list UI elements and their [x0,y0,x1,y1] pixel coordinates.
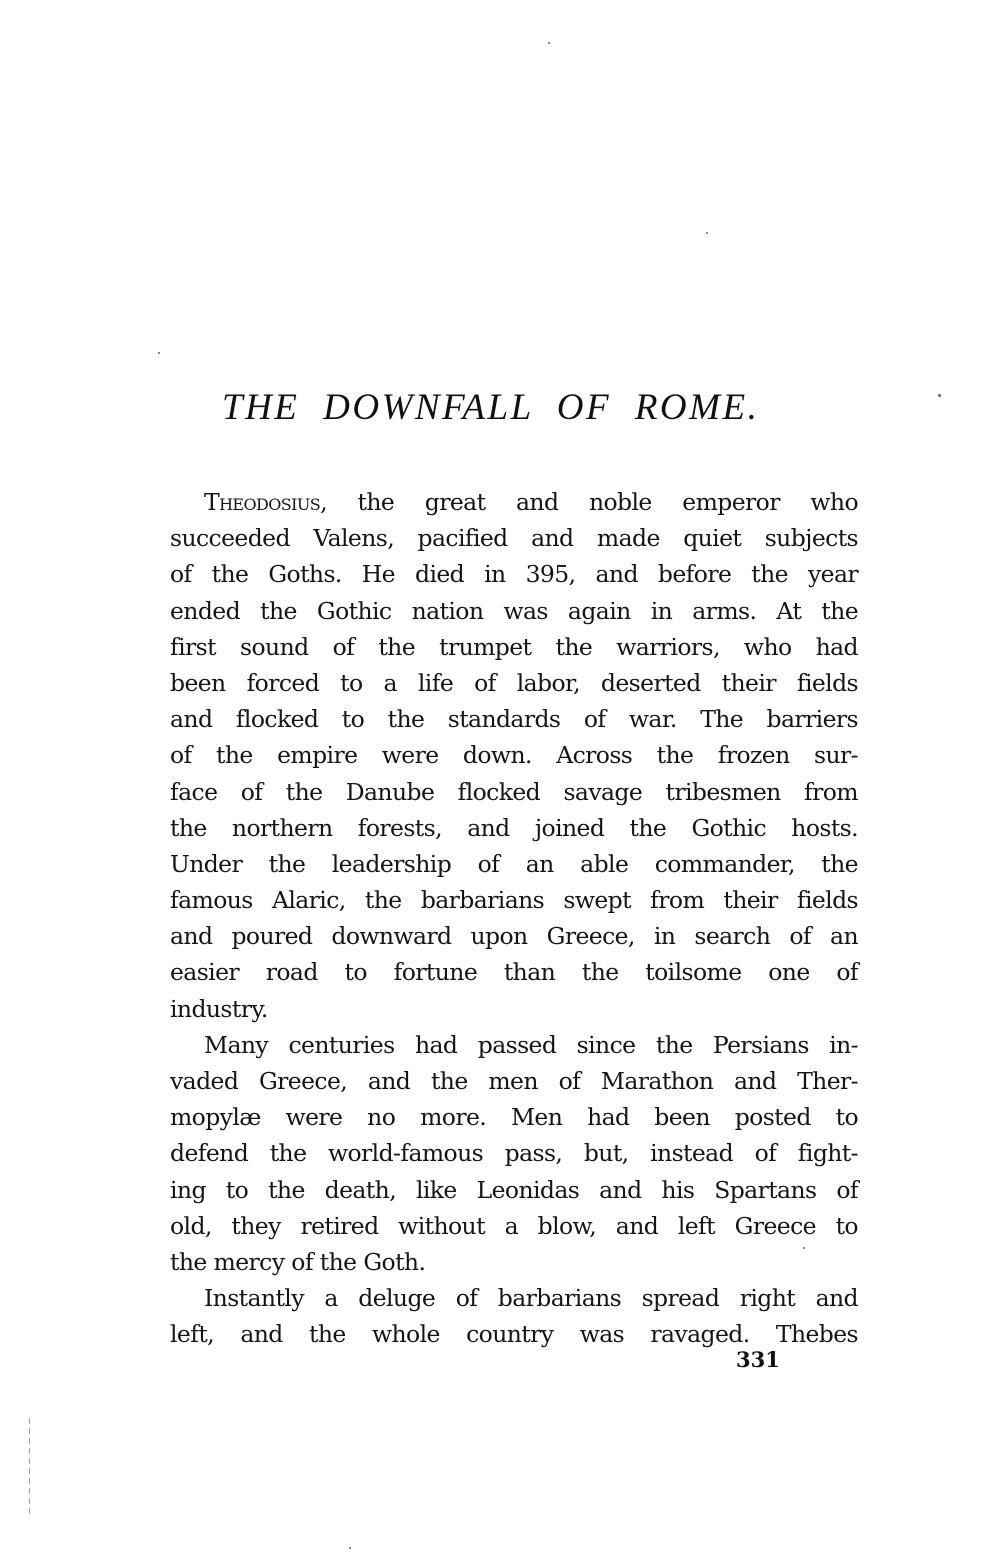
scan-speck [548,42,550,44]
text-line: Theodosius, the great and noble emperor … [170,484,858,520]
text-line: ended the Gothic nation was again in arm… [170,593,858,629]
text-line: famous Alaric, the barbarians swept from… [170,882,858,918]
text-line: succeeded Valens, pacified and made quie… [170,520,858,556]
text-line: been forced to a life of labor, deserted… [170,665,858,701]
text-line: mopylæ were no more. Men had been posted… [170,1099,858,1135]
chapter-title: THE DOWNFALL OF ROME. [222,386,822,429]
text-line: of the Goths. He died in 395, and before… [170,556,858,592]
chapter-body: Theodosius, the great and noble emperor … [170,484,858,1353]
text-line: Instantly a deluge of barbarians spread … [170,1280,858,1316]
text-line: Many centuries had passed since the Pers… [170,1027,858,1063]
paragraph-3: Instantly a deluge of barbarians spread … [170,1280,858,1352]
text-line: defend the world-famous pass, but, inste… [170,1135,858,1171]
text-line: and poured downward upon Greece, in sear… [170,918,858,954]
text-line: of the empire were down. Across the froz… [170,737,858,773]
text-line: old, they retired without a blow, and le… [170,1208,858,1244]
lead-name: Theodosius [204,488,320,516]
scan-speck [158,352,160,354]
text-line: easier road to fortune than the toilsome… [170,954,858,990]
text-line: vaded Greece, and the men of Marathon an… [170,1063,858,1099]
text-line: face of the Danube flocked savage tribes… [170,774,858,810]
text-line: Under the leadership of an able commande… [170,846,858,882]
paragraph-1: Theodosius, the great and noble emperor … [170,484,858,1027]
scan-speck [803,1247,805,1249]
page-number: 331 [736,1347,780,1372]
text-line: the northern forests, and joined the Got… [170,810,858,846]
scan-speck [938,394,941,397]
text-line: ing to the death, like Leonidas and his … [170,1172,858,1208]
scan-margin-artifact [29,1418,30,1518]
text-line: industry. [170,991,858,1027]
text-line: the mercy of the Goth. [170,1244,858,1280]
scan-speck [706,232,708,234]
scan-speck [349,1547,351,1549]
paragraph-2: Many centuries had passed since the Pers… [170,1027,858,1280]
text-line: first sound of the trumpet the warriors,… [170,629,858,665]
book-page: THE DOWNFALL OF ROME. Theodosius, the gr… [0,0,1000,1558]
text-line: and flocked to the standards of war. The… [170,701,858,737]
